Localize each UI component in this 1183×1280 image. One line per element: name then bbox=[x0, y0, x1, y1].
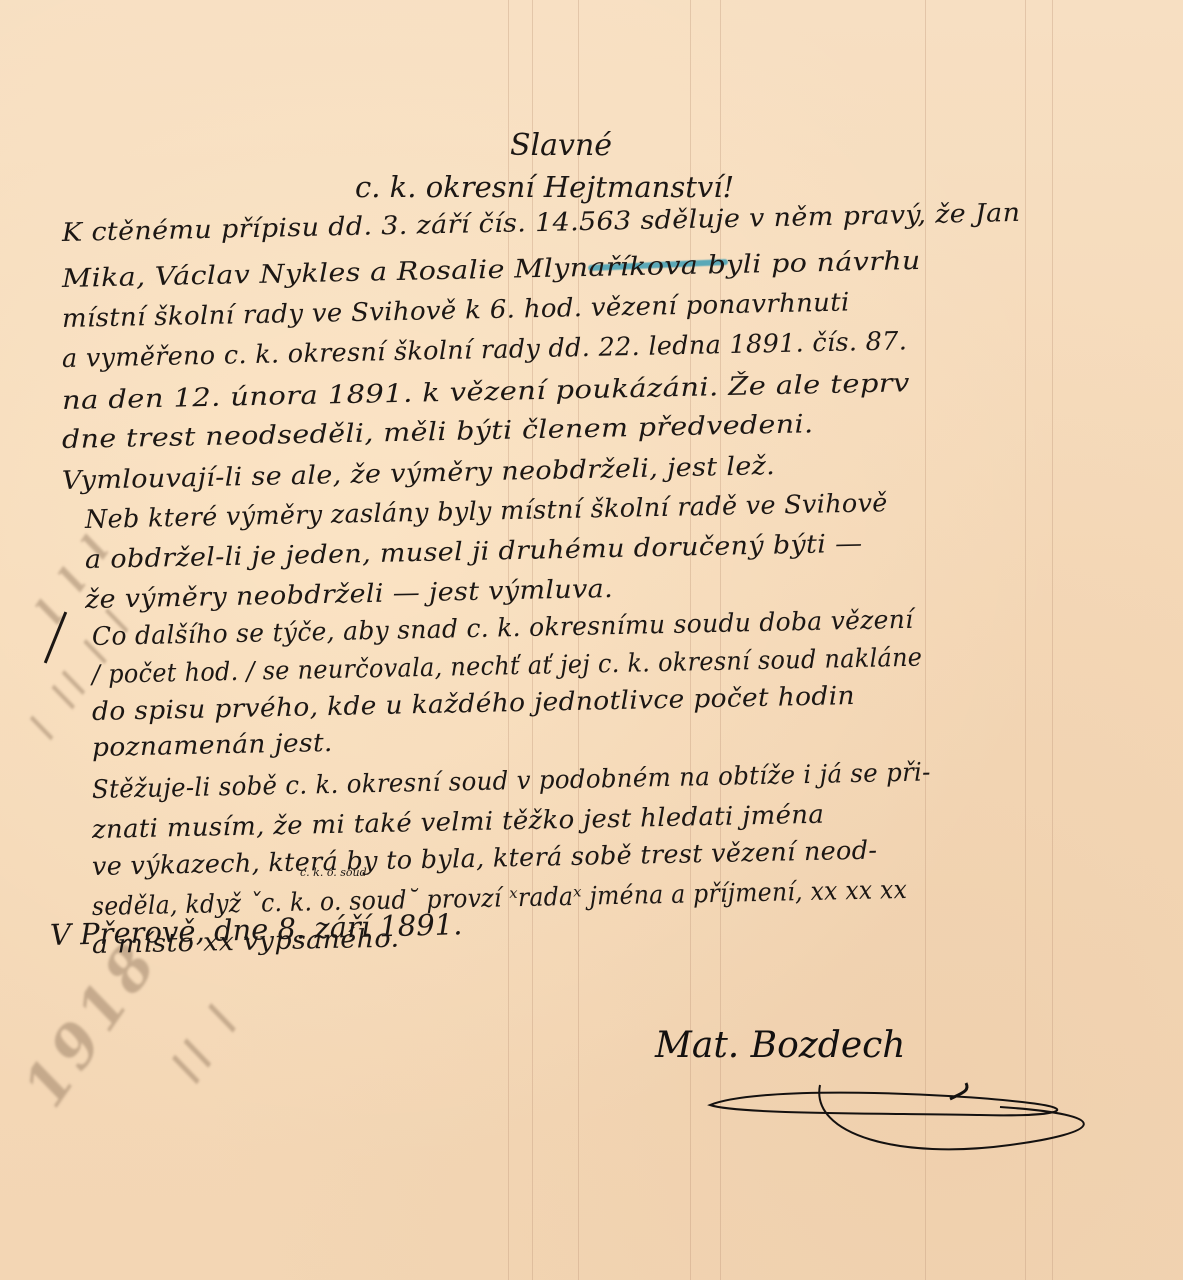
body-line: Neb které výměry zaslány byly místní ško… bbox=[85, 488, 888, 535]
body-line: a obdržel-li je jeden, musel ji druhému … bbox=[85, 529, 863, 575]
body-line: Mika, Václav Nykles a Rosalie Mlynaříkov… bbox=[62, 246, 921, 294]
body-line: K ctěnému přípisu dd. 3. září čís. 14.56… bbox=[62, 198, 1021, 248]
body-line: na den 12. února 1891. k vězení poukázán… bbox=[62, 368, 910, 416]
salutation-line-2: c. k. okresní Hejtmanství! bbox=[355, 170, 734, 204]
body-line: do spisu prvého, kde u každého jednotliv… bbox=[92, 681, 855, 727]
signature: Mat. Bozdech bbox=[655, 1025, 905, 1066]
signature-flourish bbox=[700, 1075, 1120, 1165]
ink-bleed-mark: ǀǀ ǀ bbox=[160, 992, 254, 1092]
body-line: místní školní rady ve Svihově k 6. hod. … bbox=[62, 288, 850, 334]
body-line: Stěžuje-li sobě c. k. okresní soud v pod… bbox=[92, 757, 931, 805]
body-line: poznamenán jest. bbox=[92, 728, 333, 763]
interlinear-insertion: c. k. o. soud bbox=[300, 866, 367, 879]
document-page: 1918 ǀǀ ǀ ǀ ǀǀ ǀ ǀ ꞁ ꞁ ꞁ Slavné c. k. ok… bbox=[0, 0, 1183, 1280]
body-line: Vymlouvají-li se ale, že výměry neobdrže… bbox=[62, 451, 776, 496]
body-line: že výměry neobdrželi — jest výmluva. bbox=[85, 574, 614, 615]
salutation-line-1: Slavné bbox=[510, 128, 612, 163]
body-line: dne trest neodseděli, měli býti členem p… bbox=[62, 409, 814, 455]
body-line: a vyměřeno c. k. okresní školní rady dd.… bbox=[62, 326, 908, 374]
